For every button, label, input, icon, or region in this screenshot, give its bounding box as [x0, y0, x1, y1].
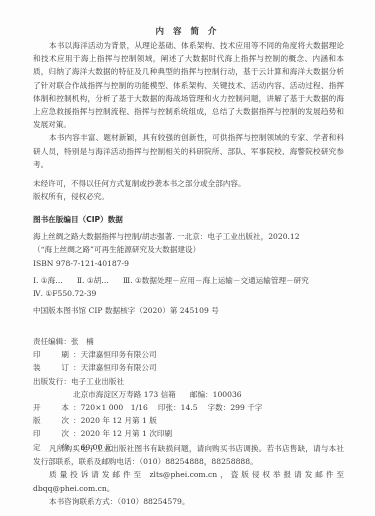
summary-paragraph-2: 本书内容丰富、题材新颖，具有较强的创新性，可供指挥与控制领域的专家、学者和科研人… — [33, 131, 344, 171]
cip-title: 图书在版编目（CIP）数据 — [33, 213, 344, 226]
cip-entry: 海上丝绸之路大数据指挥与控制/胡志强著. 一北京：电子工业出版社，2020.12 — [33, 230, 344, 243]
credit-edition-value: 2020 年 12 月第 1 版 — [81, 414, 157, 427]
label-char: 印 — [33, 348, 41, 361]
colon: ： — [73, 348, 81, 361]
credit-edition-label: 版次 — [33, 414, 69, 427]
credit-printing: 印刷：天津嘉恒印务有限公司 — [33, 348, 344, 361]
cip-subject-i: Ⅰ. ①海… — [33, 276, 63, 285]
credit-publisher-value: 电子工业出版社 — [71, 375, 124, 388]
summary-section: 本书以海洋活动为背景，从理论基础、体系架构、技术应用等不同的角度将大数据理论和技… — [33, 39, 344, 171]
credit-binding-label: 装订 — [33, 361, 69, 374]
cip-subject-iv: Ⅳ. ①F550.72-39 — [33, 287, 344, 300]
label-char: 开 — [33, 401, 41, 414]
words-value: 299 千字 — [230, 401, 262, 414]
label-char: 订 — [61, 361, 69, 374]
colon: ： — [73, 414, 81, 427]
credit-publisher: 出版发行：电子工业出版社 — [33, 375, 344, 388]
credit-format-label: 开本 — [33, 401, 69, 414]
publisher-address: 北京市海淀区万寿路 173 信箱 — [73, 388, 176, 401]
colon: ： — [73, 401, 81, 414]
cip-subject-ii: Ⅱ. ①胡… — [77, 276, 109, 285]
credit-editor-label: 责任编辑 — [33, 335, 63, 348]
summary-title: 内 容 简 介 — [0, 25, 375, 37]
cip-series: （“海上丝绸之路”可再生能源研究及大数据建设） — [33, 243, 344, 256]
label-char: 本 — [61, 401, 69, 414]
credit-edition: 版次：2020 年 12 月第 1 版 — [33, 414, 344, 427]
cip-section: 图书在版编目（CIP）数据 海上丝绸之路大数据指挥与控制/胡志强著. 一北京：电… — [33, 213, 344, 317]
sheets-label: 印张： — [158, 401, 181, 414]
credit-binding-value: 天津嘉恒印务有限公司 — [81, 361, 157, 374]
label-char: 装 — [33, 361, 41, 374]
postcode-label: 邮编： — [190, 388, 213, 401]
label-char: 版 — [33, 414, 41, 427]
copyright-notice: 未经许可，不得以任何方式复制或抄袭本书之部分或全部内容。 版权所有，侵权必究。 — [33, 177, 344, 203]
format-size: 720×1 000 1/16 — [81, 401, 148, 414]
notice-paragraph-2: 质量投诉请发邮件至 zlts@phei.com.cn，盗版侵权举报请发邮件至 d… — [33, 468, 344, 494]
credit-publisher-address: 北京市海淀区万寿路 173 信箱邮编：100036 — [33, 388, 344, 401]
colon: ： — [63, 375, 71, 388]
colon: ： — [73, 427, 81, 440]
credit-editor-value: 张 楠 — [71, 335, 94, 348]
cip-isbn: ISBN 978-7-121-40187-9 — [33, 257, 344, 270]
label-char: 次 — [61, 427, 69, 440]
credit-printing-label: 印刷 — [33, 348, 69, 361]
credit-publisher-label: 出版发行 — [33, 375, 63, 388]
credit-impression-value: 2020 年 12 月第 1 次印刷 — [81, 427, 172, 440]
credit-impression-label: 印次 — [33, 427, 69, 440]
words-label: 字数： — [208, 401, 231, 414]
credit-printing-value: 天津嘉恒印务有限公司 — [81, 348, 157, 361]
notice-paragraph-3: 本书咨询联系方式：（010）88254579。 — [33, 495, 344, 508]
credit-impression: 印次：2020 年 12 月第 1 次印刷 — [33, 427, 344, 440]
credit-binding: 装订：天津嘉恒印务有限公司 — [33, 361, 344, 374]
copyright-line-2: 版权所有，侵权必究。 — [33, 190, 344, 203]
credit-format: 开本：720×1 000 1/16印张：14.5字数：299 千字 — [33, 401, 344, 414]
credit-editor: 责任编辑：张 楠 — [33, 335, 344, 348]
credits-section: 责任编辑：张 楠 印刷：天津嘉恒印务有限公司 装订：天津嘉恒印务有限公司 出版发… — [33, 335, 344, 454]
cip-subjects-line: Ⅰ. ①海…Ⅱ. ①胡…Ⅲ. ①数据处理－应用－海上运输－交通运输管理－研究 — [33, 274, 344, 287]
cip-subject-iii: Ⅲ. ①数据处理－应用－海上运输－交通运输管理－研究 — [123, 276, 309, 285]
colon: ： — [73, 361, 81, 374]
colon: ： — [63, 335, 71, 348]
label-char: 次 — [61, 414, 69, 427]
label-char: 印 — [33, 427, 41, 440]
summary-paragraph-1: 本书以海洋活动为背景，从理论基础、体系架构、技术应用等不同的角度将大数据理论和技… — [33, 39, 344, 131]
postcode: 100036 — [213, 388, 242, 401]
label-char: 刷 — [61, 348, 69, 361]
notice-section: 凡所购买电子工业出版社图书有缺损问题，请向购买书店调换。若书店售缺，请与本社发行… — [33, 442, 344, 508]
notice-paragraph-1: 凡所购买电子工业出版社图书有缺损问题，请向购买书店调换。若书店售缺，请与本社发行… — [33, 442, 344, 468]
copyright-line-1: 未经许可，不得以任何方式复制或抄袭本书之部分或全部内容。 — [33, 177, 344, 190]
sheets-value: 14.5 — [181, 401, 198, 414]
cip-library-record: 中国版本图书馆 CIP 数据核字（2020）第 245109 号 — [33, 304, 344, 317]
copyright-page: 内 容 简 介 本书以海洋活动为背景，从理论基础、体系架构、技术应用等不同的角度… — [0, 0, 375, 516]
